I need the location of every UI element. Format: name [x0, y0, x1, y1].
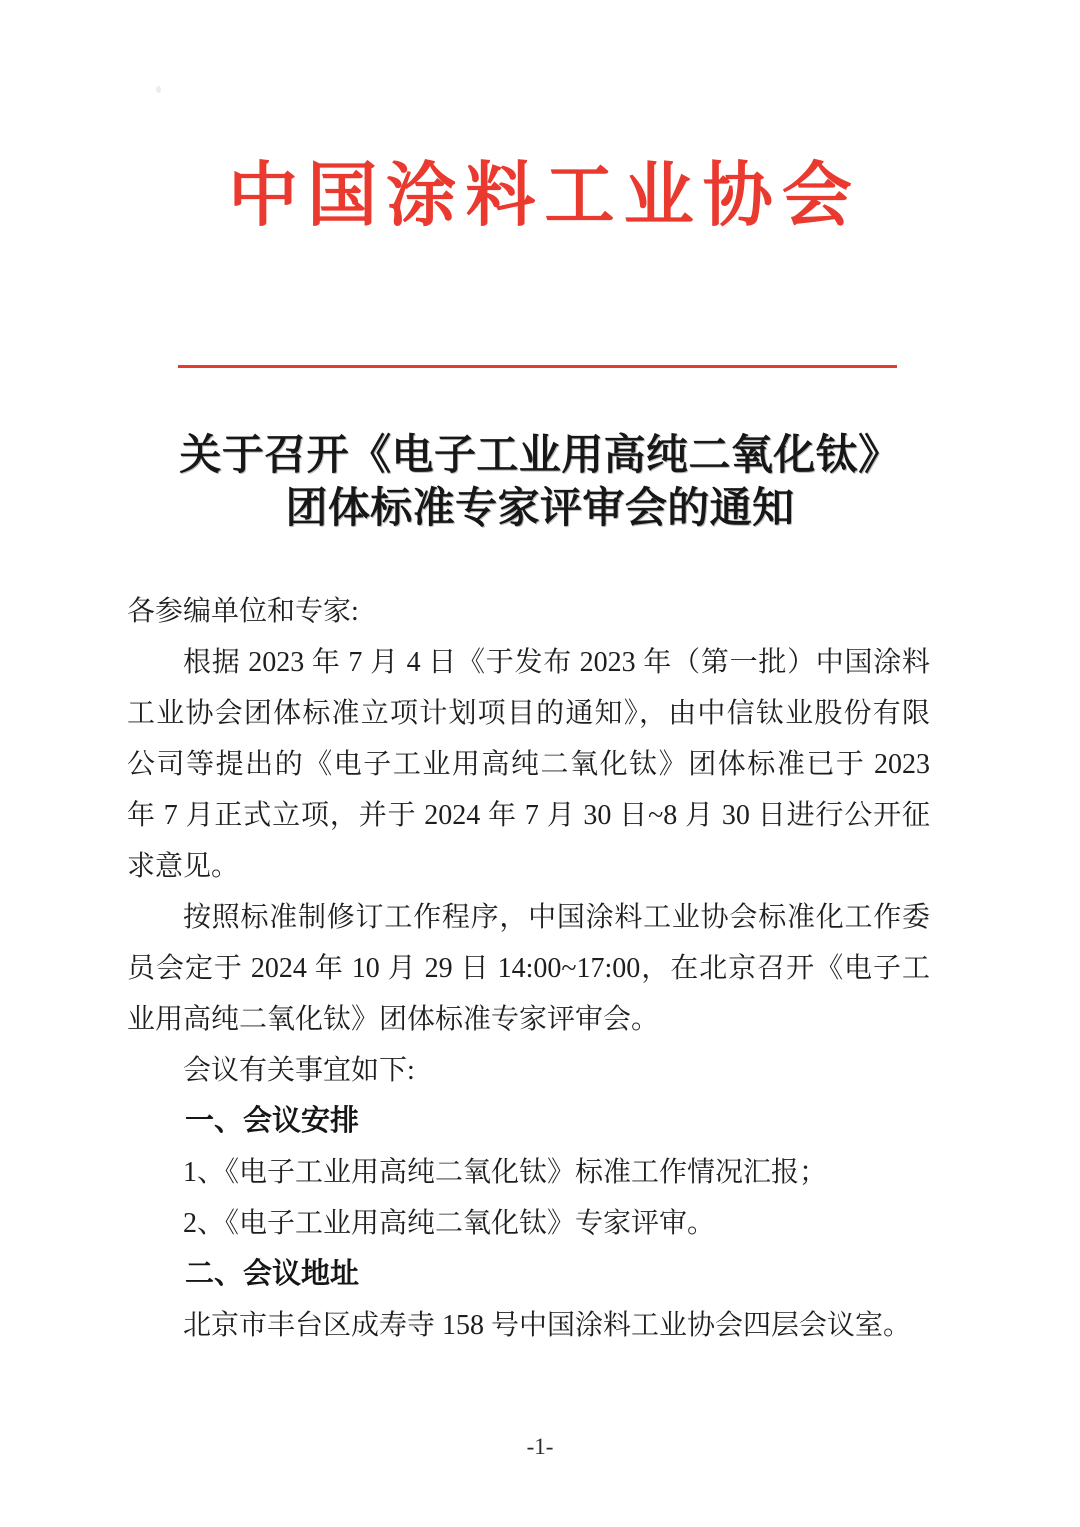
paragraph1-line4: 年 7 月正式立项，并于 2024 年 7 月 30 日~8 月 30 日进行公… — [127, 790, 930, 841]
document-title: 关于召开《电子工业用高纯二氧化钛》 团体标准专家评审会的通知 — [0, 430, 1080, 536]
section-heading-meeting-arrangement: 一、会议安排 — [127, 1096, 930, 1147]
paragraph1-line3: 公司等提出的《电子工业用高纯二氧化钛》团体标准已于 2023 — [127, 739, 930, 790]
meeting-matters-intro: 会议有关事宜如下: — [127, 1045, 930, 1096]
paragraph1-line2: 工业协会团体标准立项计划项目的通知》，由中信钛业股份有限 — [127, 688, 930, 739]
section-heading-meeting-address: 二、会议地址 — [127, 1249, 930, 1300]
red-divider-line — [178, 365, 897, 368]
meeting-address: 北京市丰台区成寿寺 158 号中国涂料工业协会四层会议室。 — [127, 1300, 930, 1351]
document-body: 各参编单位和专家: 根据 2023 年 7 月 4 日《于发布 2023 年（第… — [127, 586, 930, 1351]
paragraph2-line2: 员会定于 2024 年 10 月 29 日 14:00~17:00，在北京召开《… — [127, 943, 930, 994]
document-title-line1: 关于召开《电子工业用高纯二氧化钛》 — [0, 430, 1080, 483]
document-page: 中国涂料工业协会 关于召开《电子工业用高纯二氧化钛》 团体标准专家评审会的通知 … — [0, 0, 1080, 1527]
paragraph1-line5: 求意见。 — [127, 841, 930, 892]
page-number: -1- — [0, 1432, 1080, 1462]
agenda-item-2: 2、《电子工业用高纯二氧化钛》专家评审。 — [127, 1198, 930, 1249]
organization-name: 中国涂料工业协会 — [0, 150, 1080, 244]
scan-speck — [156, 86, 161, 93]
agenda-item-1: 1、《电子工业用高纯二氧化钛》标准工作情况汇报； — [127, 1147, 930, 1198]
paragraph2-line1: 按照标准制修订工作程序，中国涂料工业协会标准化工作委 — [127, 892, 930, 943]
paragraph2-line3: 业用高纯二氧化钛》团体标准专家评审会。 — [127, 994, 930, 1045]
paragraph1-line1: 根据 2023 年 7 月 4 日《于发布 2023 年（第一批）中国涂料 — [127, 637, 930, 688]
document-title-line2: 团体标准专家评审会的通知 — [0, 483, 1080, 536]
salutation: 各参编单位和专家: — [127, 586, 930, 637]
